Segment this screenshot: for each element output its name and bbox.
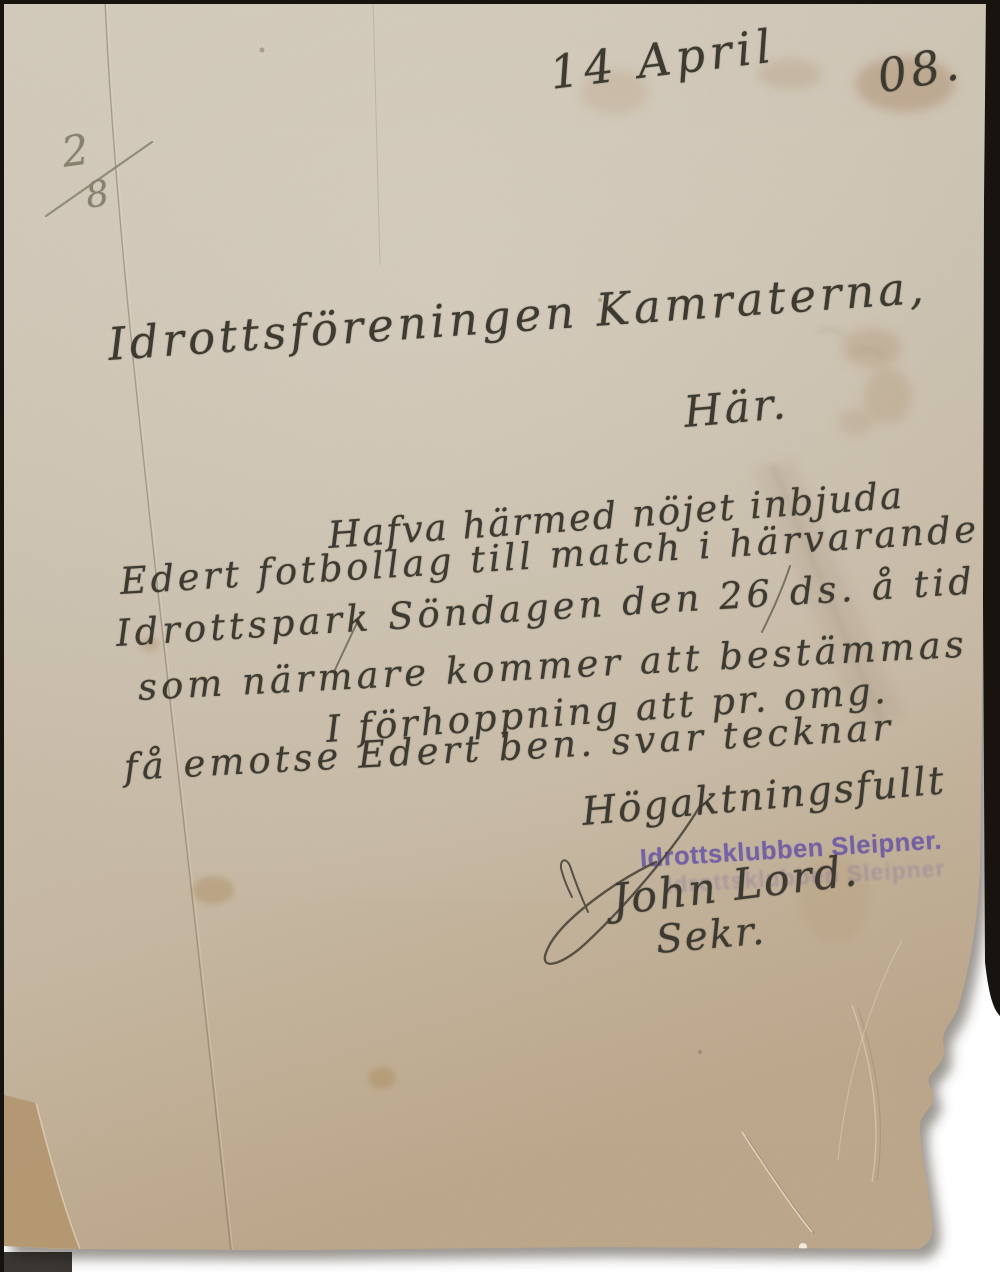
letter-photo: 14 April 08. 2 8 Idrottsföreningen Kamra… [0, 0, 1000, 1272]
frame-right-band [983, 0, 1000, 1016]
frame-top [0, 0, 1000, 4]
frame-left [0, 0, 4, 1272]
signature-role: Sekr. [654, 908, 768, 962]
recipient-location: Här. [682, 379, 791, 438]
frame-bottom-corner [0, 1252, 72, 1272]
